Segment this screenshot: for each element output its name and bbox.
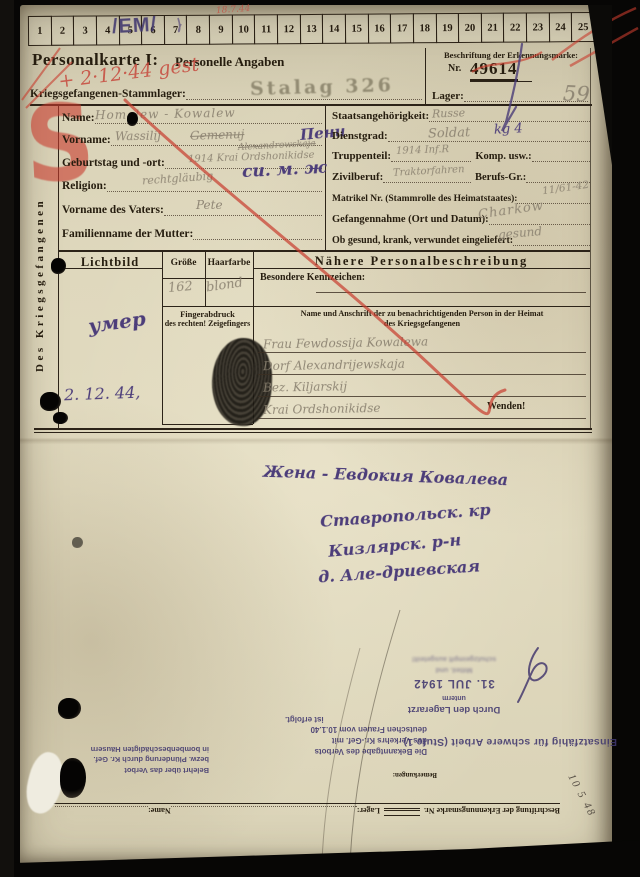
red-corner-strokes — [22, 48, 72, 108]
corner-shadow — [588, 5, 612, 165]
purple-scribble — [178, 18, 181, 32]
paper-crease — [350, 610, 400, 862]
marks-overlay — [0, 0, 640, 877]
red-cross-line — [125, 100, 505, 414]
bottom-edge-shadow — [14, 840, 640, 877]
purple-pen-stroke — [502, 44, 522, 131]
paper-crease — [322, 648, 360, 862]
scanned-pow-card: 1 2 3 4 5 6 7 8 9 10 11 12 13 14 15 16 1… — [0, 0, 640, 877]
red-scribble-over-number — [472, 52, 542, 72]
signature-squiggle — [518, 648, 547, 702]
